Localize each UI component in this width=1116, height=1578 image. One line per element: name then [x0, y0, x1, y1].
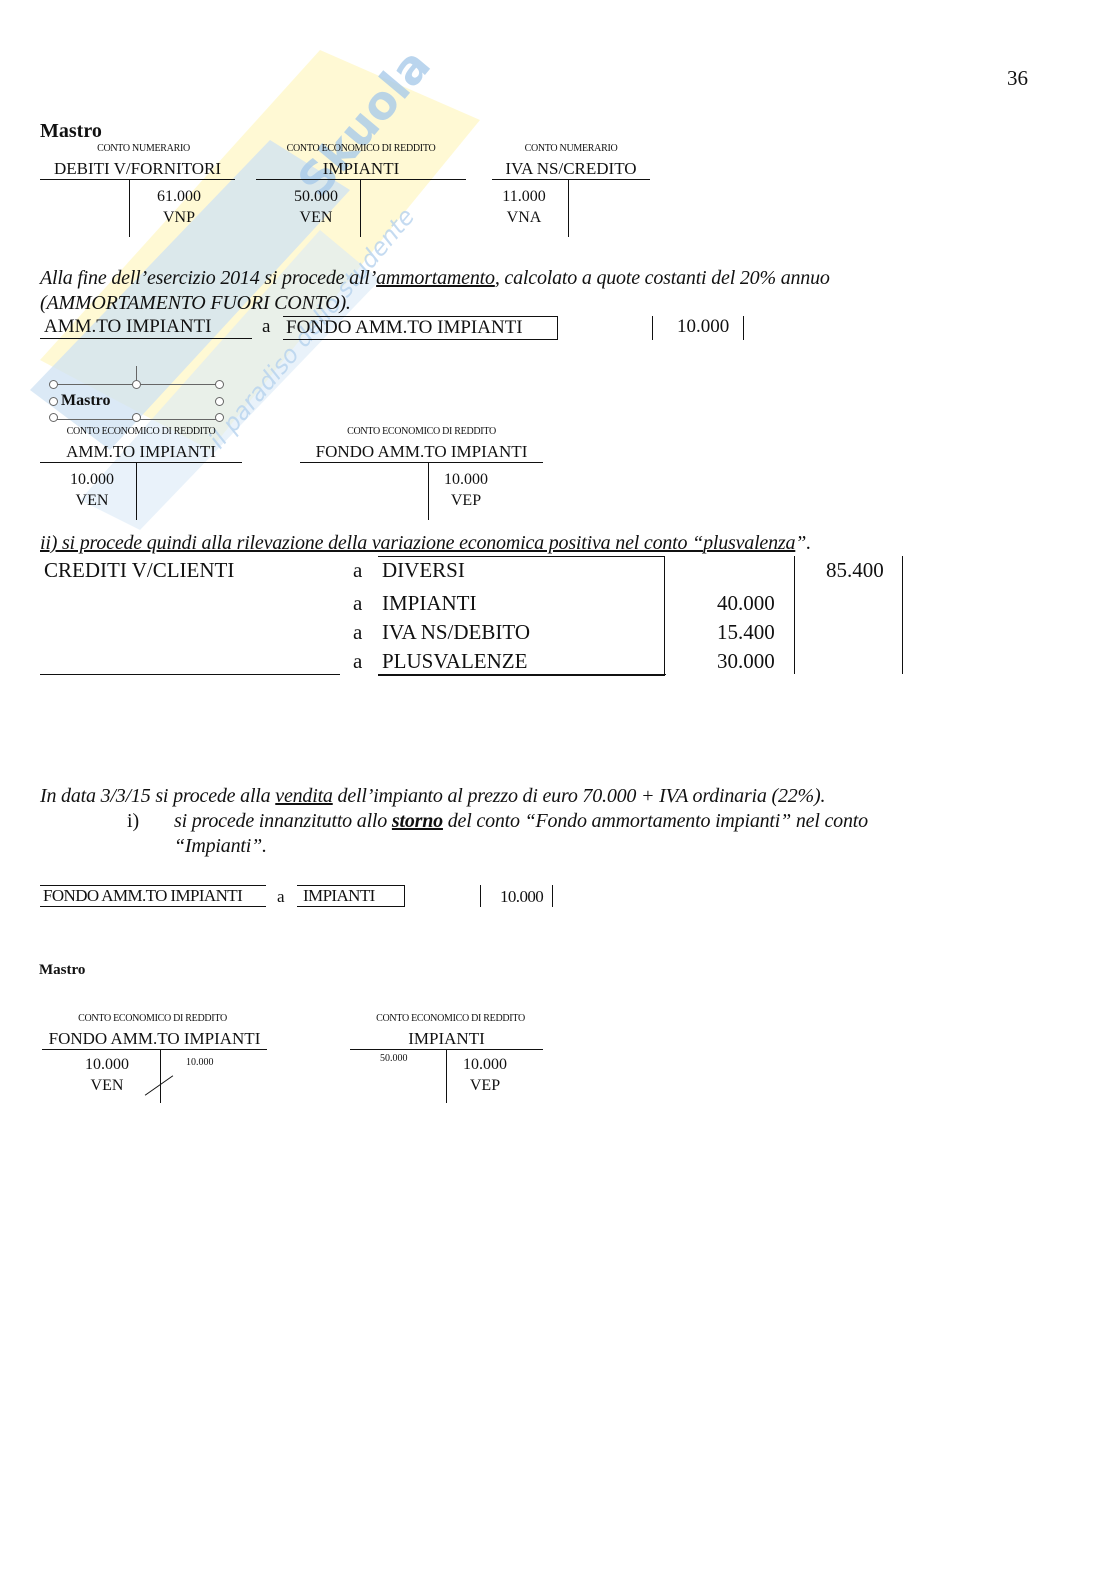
t-account-impianti: CONTO ECONOMICO DI REDDITO IMPIANTI 50.0…: [256, 143, 466, 238]
journal-row-a: a: [353, 591, 362, 616]
journal-row-amount: 30.000: [717, 649, 775, 674]
resize-handle[interactable]: [132, 413, 141, 422]
para-text: Alla fine dell’esercizio 2014 si procede…: [40, 267, 376, 289]
journal-amount: 10.000: [677, 316, 729, 338]
dare-label: VNA: [492, 207, 556, 228]
para-text: si procede innanzitutto allo: [174, 810, 392, 832]
journal-credit-account: FONDO AMM.TO IMPIANTI: [283, 316, 558, 340]
journal-credit-account: IMPIANTI: [297, 885, 405, 907]
t-account-fondo-amm-impianti: CONTO ECONOMICO DI REDDITO FONDO AMM.TO …: [300, 426, 543, 522]
account-type: CONTO ECONOMICO DI REDDITO: [354, 1013, 547, 1024]
dare-amount-small: 50.000: [380, 1053, 408, 1064]
account-type: CONTO ECONOMICO DI REDDITO: [256, 143, 466, 154]
journal-row-a: a: [353, 649, 362, 674]
account-name: FONDO AMM.TO IMPIANTI: [300, 442, 543, 462]
list-item-storno: si procede innanzitutto allo storno del …: [174, 810, 868, 833]
dare-amount: 10.000: [56, 469, 128, 490]
resize-handle[interactable]: [49, 380, 58, 389]
dare-amount: 10.000: [74, 1054, 140, 1075]
t-account-fondo-amm-impianti: CONTO ECONOMICO DI REDDITO FONDO AMM.TO …: [42, 1013, 267, 1103]
journal-row-account: PLUSVALENZE: [382, 649, 527, 674]
journal-debit-account: CREDITI V/CLIENTI: [44, 558, 234, 583]
dare-amount: 50.000: [276, 186, 356, 207]
para-text: ”.: [795, 532, 811, 554]
resize-handle[interactable]: [215, 397, 224, 406]
account-type: CONTO ECONOMICO DI REDDITO: [40, 426, 242, 437]
journal-debit-account: FONDO AMM.TO IMPIANTI: [40, 885, 266, 907]
journal-row-amount: 40.000: [717, 591, 775, 616]
avere-label: VNP: [140, 207, 218, 228]
page-number: 36: [1007, 66, 1028, 91]
strike-mark: [145, 1075, 173, 1095]
mastro-heading[interactable]: Mastro: [61, 392, 110, 410]
account-name: IMPIANTI: [256, 159, 466, 179]
account-type: CONTO ECONOMICO DI REDDITO: [40, 1013, 265, 1024]
avere-label: VEP: [452, 1075, 518, 1096]
avere-amount: 10.000: [452, 1054, 518, 1075]
account-name: FONDO AMM.TO IMPIANTI: [42, 1029, 267, 1049]
journal-a: a: [277, 887, 285, 907]
list-item-number: i): [127, 810, 139, 833]
dare-label: VEN: [74, 1075, 140, 1096]
journal-row-amount: 15.400: [717, 620, 775, 645]
journal-a: a: [262, 316, 270, 338]
journal-row-a: a: [353, 620, 362, 645]
resize-handle[interactable]: [49, 413, 58, 422]
avere-label: VEP: [434, 490, 498, 511]
resize-handle[interactable]: [132, 380, 141, 389]
avere-amount: 61.000: [140, 186, 218, 207]
journal-amount: 10.000: [500, 887, 543, 907]
mastro-heading: Mastro: [40, 120, 102, 143]
account-name: IVA NS/CREDITO: [492, 159, 650, 179]
para-underlined-term: vendita: [275, 785, 332, 807]
journal-a: a: [353, 558, 362, 583]
t-account-impianti: CONTO ECONOMICO DI REDDITO IMPIANTI 50.0…: [350, 1013, 543, 1103]
resize-handle[interactable]: [215, 380, 224, 389]
list-item-storno-line2: “Impianti”.: [174, 835, 267, 858]
journal-debit-account: AMM.TO IMPIANTI: [40, 316, 252, 339]
paragraph-plusvalenza: ii) si procede quindi alla rilevazione d…: [40, 532, 811, 555]
journal-row-account: IVA NS/DEBITO: [382, 620, 530, 645]
journal-row-account: IMPIANTI: [382, 591, 477, 616]
paragraph-vendita: In data 3/3/15 si procede alla vendita d…: [40, 785, 825, 808]
avere-amount: 10.000: [434, 469, 498, 490]
t-account-amm-impianti: CONTO ECONOMICO DI REDDITO AMM.TO IMPIAN…: [40, 426, 242, 522]
account-type: CONTO NUMERARIO: [46, 143, 241, 154]
t-account-debiti-fornitori: CONTO NUMERARIO DEBITI V/FORNITORI 61.00…: [40, 143, 235, 238]
journal-credit-header: DIVERSI: [382, 558, 465, 583]
resize-handle[interactable]: [49, 397, 58, 406]
account-type: CONTO ECONOMICO DI REDDITO: [300, 426, 543, 437]
t-account-iva-credito: CONTO NUMERARIO IVA NS/CREDITO 11.000 VN…: [492, 143, 650, 238]
dare-label: VEN: [276, 207, 356, 228]
account-name: DEBITI V/FORNITORI: [40, 159, 235, 179]
para-text: del conto “Fondo ammortamento impianti” …: [443, 810, 868, 832]
para-text: , calcolato a quote costanti del 20% ann…: [495, 267, 830, 289]
resize-handle[interactable]: [215, 413, 224, 422]
account-type: CONTO NUMERARIO: [492, 143, 650, 154]
para-underlined-term: ammortamento: [376, 267, 495, 289]
account-name: IMPIANTI: [350, 1029, 543, 1049]
para-bold-term: storno: [392, 810, 443, 832]
paragraph-ammortamento-line2: (AMMORTAMENTO FUORI CONTO).: [40, 292, 351, 315]
paragraph-ammortamento: Alla fine dell’esercizio 2014 si procede…: [40, 267, 830, 290]
avere-amount-small: 10.000: [186, 1057, 214, 1068]
dare-amount: 11.000: [492, 186, 556, 207]
para-text: ii) si procede quindi alla rilevazione d…: [40, 532, 703, 554]
journal-credit-underline: [378, 674, 666, 675]
mastro-heading: Mastro: [39, 962, 85, 979]
para-text: dell’impianto al prezzo di euro 70.000 +…: [333, 785, 826, 807]
para-underlined-term: plusvalenza: [703, 532, 795, 554]
dare-label: VEN: [56, 490, 128, 511]
account-name: AMM.TO IMPIANTI: [40, 442, 242, 462]
journal-total: 85.400: [826, 558, 884, 583]
journal-debit-underline: [40, 674, 340, 675]
para-text: In data 3/3/15 si procede alla: [40, 785, 275, 807]
